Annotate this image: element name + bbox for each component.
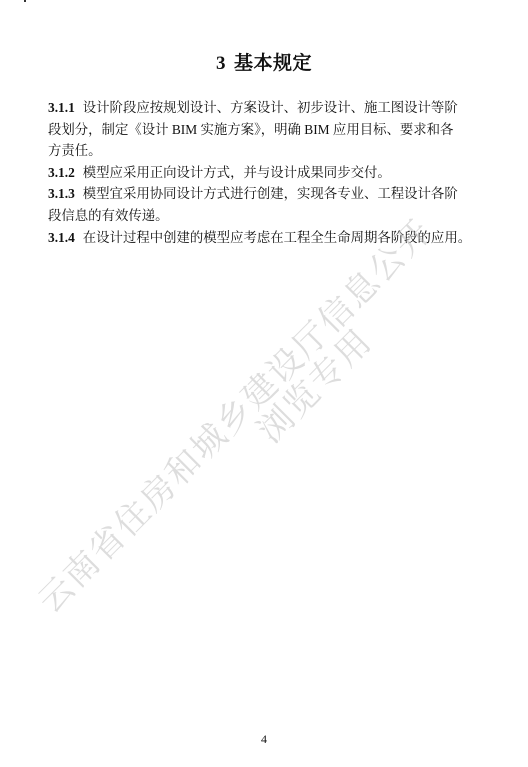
watermark-line-2: 浏览专用 — [245, 315, 381, 451]
chapter-title-text: 基本规定 — [234, 53, 312, 74]
clause-3-1-4: 3.1.4在设计过程中创建的模型应考虑在工程全生命周期各阶段的应用。 — [48, 227, 484, 249]
chapter-number: 3 — [216, 53, 226, 74]
clause-text: 段信息的有效传递。 — [48, 205, 484, 227]
corner-mark — [24, 0, 26, 2]
clause-number: 3.1.1 — [48, 100, 75, 115]
clause-number: 3.1.2 — [48, 165, 75, 180]
document-page: 3基本规定 3.1.1设计阶段应按规划设计、方案设计、初步设计、施工图设计等阶 … — [0, 0, 528, 767]
clause-3-1-2: 3.1.2模型应采用正向设计方式，并与设计成果同步交付。 — [48, 162, 484, 184]
clause-text: 方责任。 — [48, 140, 484, 162]
clause-text: 模型应采用正向设计方式，并与设计成果同步交付。 — [83, 165, 391, 180]
watermark-line-1: 云南省住房和城乡建设厅信息公开 — [25, 205, 441, 621]
clause-text: 段划分，制定《设计 BIM 实施方案》，明确 BIM 应用目标、要求和各 — [48, 119, 484, 141]
clause-3-1-3: 3.1.3模型宜采用协同设计方式进行创建，实现各专业、工程设计各阶 段信息的有效… — [48, 183, 484, 226]
clause-text: 设计阶段应按规划设计、方案设计、初步设计、施工图设计等阶 — [83, 100, 458, 115]
clause-number: 3.1.4 — [48, 230, 75, 245]
clause-3-1-1: 3.1.1设计阶段应按规划设计、方案设计、初步设计、施工图设计等阶 段划分，制定… — [48, 97, 484, 162]
clause-list: 3.1.1设计阶段应按规划设计、方案设计、初步设计、施工图设计等阶 段划分，制定… — [48, 97, 484, 248]
chapter-title: 3基本规定 — [0, 48, 528, 75]
clause-text: 模型宜采用协同设计方式进行创建，实现各专业、工程设计各阶 — [83, 186, 458, 201]
page-number: 4 — [0, 732, 528, 747]
clause-text: 在设计过程中创建的模型应考虑在工程全生命周期各阶段的应用。 — [83, 230, 471, 245]
clause-number: 3.1.3 — [48, 186, 75, 201]
